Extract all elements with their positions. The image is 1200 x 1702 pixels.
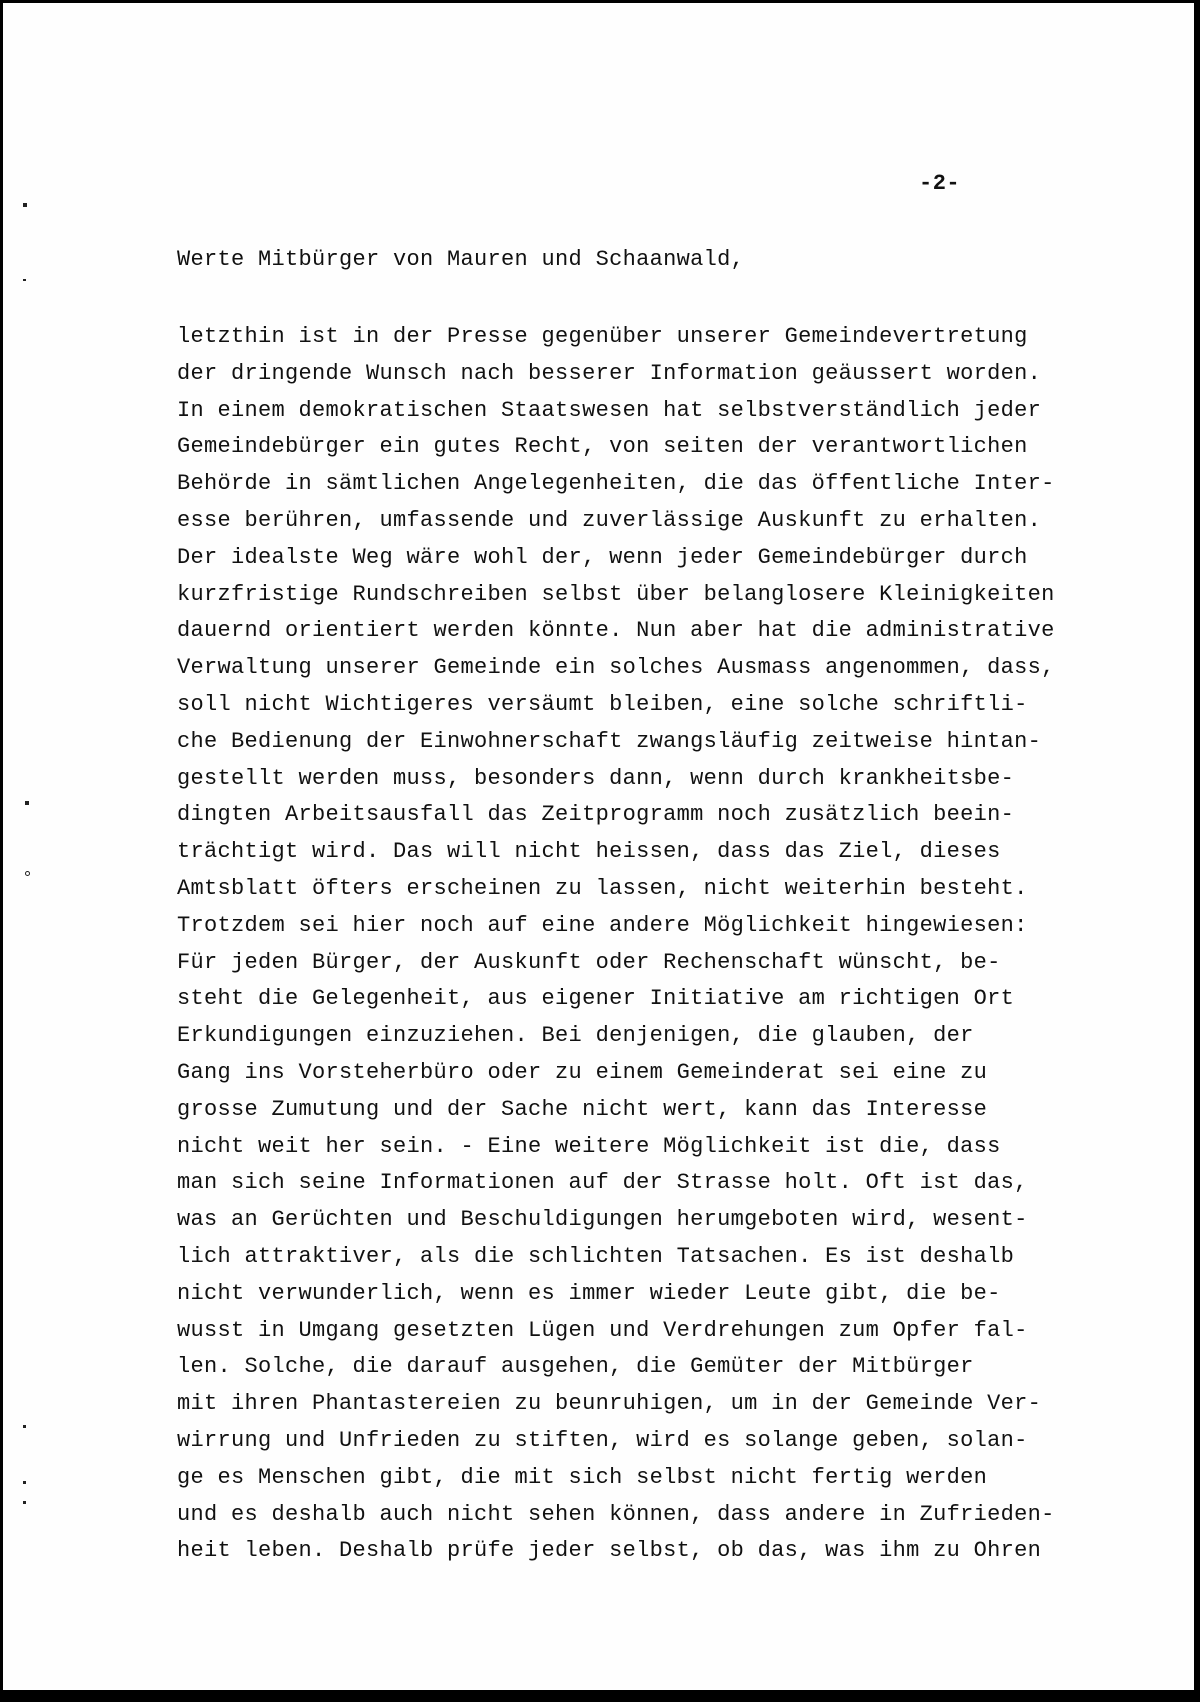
- text-line: mit ihren Phantastereien zu beunruhigen,…: [177, 1386, 1055, 1423]
- scan-mark: [25, 871, 30, 876]
- text-line: nicht verwunderlich, wenn es immer wiede…: [177, 1276, 1055, 1313]
- text-line: In einem demokratischen Staatswesen hat …: [177, 393, 1055, 430]
- text-line: und es deshalb auch nicht sehen können, …: [177, 1497, 1055, 1534]
- text-line: kurzfristige Rundschreiben selbst über b…: [177, 577, 1055, 614]
- document-page: -2- Werte Mitbürger von Mauren und Schaa…: [3, 3, 1194, 1692]
- scan-mark: [23, 203, 27, 207]
- scan-mark: [23, 1425, 26, 1428]
- text-line: der dringende Wunsch nach besserer Infor…: [177, 356, 1055, 393]
- page-number: -2-: [919, 171, 960, 196]
- text-line: steht die Gelegenheit, aus eigener Initi…: [177, 981, 1055, 1018]
- text-line: grosse Zumutung und der Sache nicht wert…: [177, 1092, 1055, 1129]
- text-line: letzthin ist in der Presse gegenüber uns…: [177, 319, 1055, 356]
- text-line: dingten Arbeitsausfall das Zeitprogramm …: [177, 797, 1055, 834]
- scan-edge-bottom: [0, 1690, 1200, 1702]
- text-line: esse berühren, umfassende und zuverlässi…: [177, 503, 1055, 540]
- body-text: letzthin ist in der Presse gegenüber uns…: [177, 319, 1055, 1570]
- text-line: wirrung und Unfrieden zu stiften, wird e…: [177, 1423, 1055, 1460]
- text-line: Amtsblatt öfters erscheinen zu lassen, n…: [177, 871, 1055, 908]
- scan-mark: [23, 1501, 26, 1504]
- text-line: Gang ins Vorsteherbüro oder zu einem Gem…: [177, 1055, 1055, 1092]
- scan-mark: [23, 1481, 26, 1484]
- text-line: dauernd orientiert werden könnte. Nun ab…: [177, 613, 1055, 650]
- text-line: Erkundigungen einzuziehen. Bei denjenige…: [177, 1018, 1055, 1055]
- text-line: trächtigt wird. Das will nicht heissen, …: [177, 834, 1055, 871]
- text-line: ge es Menschen gibt, die mit sich selbst…: [177, 1460, 1055, 1497]
- text-line: che Bedienung der Einwohnerschaft zwangs…: [177, 724, 1055, 761]
- scan-edge-right: [1194, 0, 1200, 1702]
- text-line: Gemeindebürger ein gutes Recht, von seit…: [177, 429, 1055, 466]
- text-line: soll nicht Wichtigeres versäumt bleiben,…: [177, 687, 1055, 724]
- text-line: heit leben. Deshalb prüfe jeder selbst, …: [177, 1533, 1055, 1570]
- text-line: Behörde in sämtlichen Angelegenheiten, d…: [177, 466, 1055, 503]
- text-line: Der idealste Weg wäre wohl der, wenn jed…: [177, 540, 1055, 577]
- text-line: Verwaltung unserer Gemeinde ein solches …: [177, 650, 1055, 687]
- text-line: was an Gerüchten und Beschuldigungen her…: [177, 1202, 1055, 1239]
- text-line: man sich seine Informationen auf der Str…: [177, 1165, 1055, 1202]
- text-line: Für jeden Bürger, der Auskunft oder Rech…: [177, 945, 1055, 982]
- text-line: gestellt werden muss, besonders dann, we…: [177, 761, 1055, 798]
- text-line: nicht weit her sein. - Eine weitere Mögl…: [177, 1129, 1055, 1166]
- scan-mark: [25, 801, 29, 805]
- salutation: Werte Mitbürger von Mauren und Schaanwal…: [177, 247, 744, 272]
- scan-mark: [23, 279, 26, 281]
- text-line: Trotzdem sei hier noch auf eine andere M…: [177, 908, 1055, 945]
- text-line: wusst in Umgang gesetzten Lügen und Verd…: [177, 1313, 1055, 1350]
- text-line: lich attraktiver, als die schlichten Tat…: [177, 1239, 1055, 1276]
- text-line: len. Solche, die darauf ausgehen, die Ge…: [177, 1349, 1055, 1386]
